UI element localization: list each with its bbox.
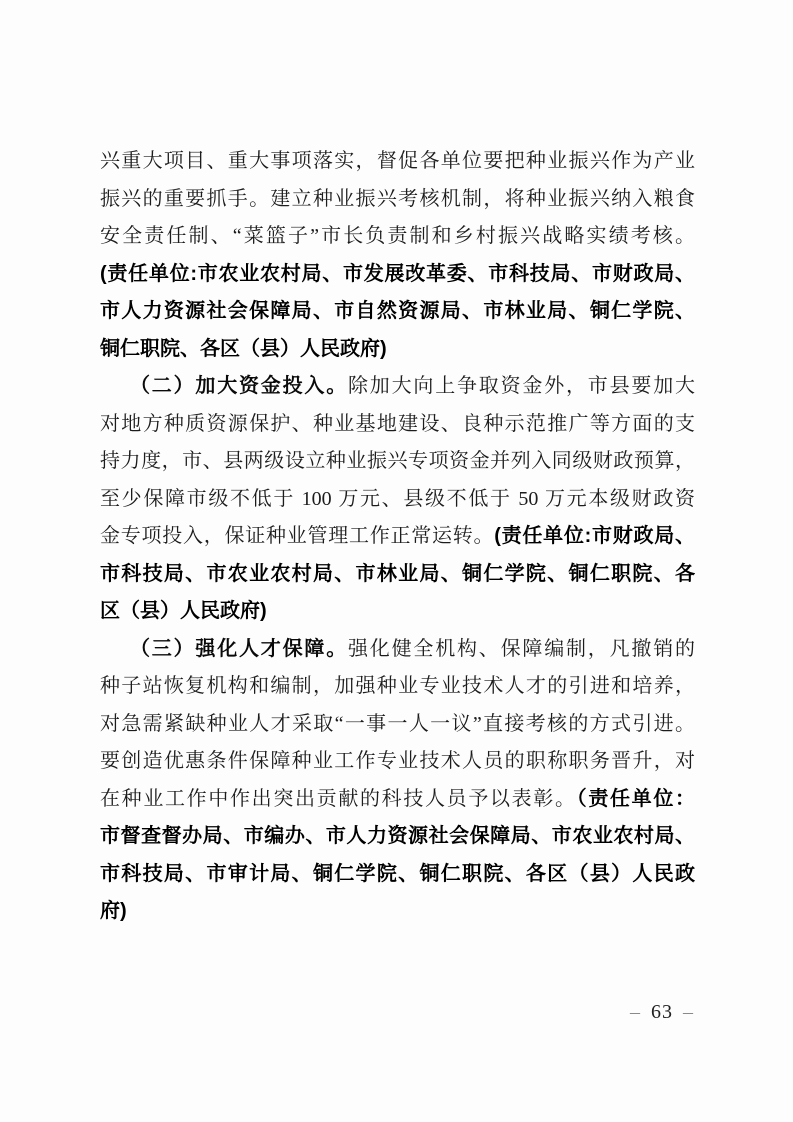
responsible-unit-text: 府) [100, 900, 127, 922]
responsible-unit-text: (责任单位:市农业农村局、市发展改革委、市科技局、市财政局、 [100, 263, 695, 285]
text-line: 对地方种质资源保护、种业基地建设、良种示范推广等方面的支 [100, 406, 695, 444]
responsible-unit-text: （责任单位： [577, 788, 695, 810]
text-line: 铜仁职院、各区（县）人民政府) [100, 331, 695, 369]
responsible-unit-text: 区（县）人民政府) [100, 600, 267, 622]
body-text: 种子站恢复机构和编制，加强种业专业技术人才的引进和培养， [100, 675, 695, 697]
responsible-unit-text: (责任单位:市财政局、 [494, 525, 695, 547]
text-line: 市科技局、市审计局、铜仁学院、铜仁职院、各区（县）人民政 [100, 856, 695, 894]
text-line: 对急需紧缺种业人才采取“一事一人一议”直接考核的方式引进。 [100, 706, 695, 744]
text-line: 府) [100, 893, 695, 931]
text-line: (责任单位:市农业农村局、市发展改革委、市科技局、市财政局、 [100, 256, 695, 294]
body-text: 在种业工作中作出突出贡献的科技人员予以表彰。 [100, 788, 577, 810]
body-text: 要创造优惠条件保障种业工作专业技术人员的职称职务晋升，对 [100, 750, 695, 772]
body-text: 持力度，市、县两级设立种业振兴专项资金并列入同级财政预算， [100, 450, 695, 472]
body-text: 对急需紧缺种业人才采取“一事一人一议”直接考核的方式引进。 [100, 713, 695, 735]
text-line: （三）强化人才保障。强化健全机构、保障编制，凡撤销的 [100, 631, 695, 669]
text-line: 区（县）人民政府) [100, 593, 695, 631]
body-text: 对地方种质资源保护、种业基地建设、良种示范推广等方面的支 [100, 413, 695, 435]
text-line: 市科技局、市农业农村局、市林业局、铜仁学院、铜仁职院、各 [100, 556, 695, 594]
text-line: 安全责任制、“菜篮子”市长负责制和乡村振兴战略实绩考核。 [100, 218, 695, 256]
text-line: 至少保障市级不低于 100 万元、县级不低于 50 万元本级财政资 [100, 481, 695, 519]
body-text: 除加大向上争取资金外，市县要加大 [348, 375, 695, 397]
body-text: 至少保障市级不低于 100 万元、县级不低于 50 万元本级财政资 [100, 488, 695, 510]
body-text: 安全责任制、“菜篮子”市长负责制和乡村振兴战略实绩考核。 [100, 225, 695, 247]
text-line: 市督查督办局、市编办、市人力资源社会保障局、市农业农村局、 [100, 818, 695, 856]
body-text: 强化健全机构、保障编制，凡撤销的 [348, 638, 695, 660]
responsible-unit-text: 铜仁职院、各区（县）人民政府) [100, 338, 387, 360]
text-line: 在种业工作中作出突出贡献的科技人员予以表彰。（责任单位： [100, 781, 695, 819]
text-line: 要创造优惠条件保障种业工作专业技术人员的职称职务晋升，对 [100, 743, 695, 781]
text-line: 振兴的重要抓手。建立种业振兴考核机制，将种业振兴纳入粮食 [100, 181, 695, 219]
text-line: 持力度，市、县两级设立种业振兴专项资金并列入同级财政预算， [100, 443, 695, 481]
responsible-unit-text: 市科技局、市农业农村局、市林业局、铜仁学院、铜仁职院、各 [100, 563, 695, 585]
responsible-unit-text: 市督查督办局、市编办、市人力资源社会保障局、市农业农村局、 [100, 825, 695, 847]
responsible-unit-text: 市人力资源社会保障局、市自然资源局、市林业局、铜仁学院、 [100, 300, 695, 322]
text-line: 兴重大项目、重大事项落实，督促各单位要把种业振兴作为产业 [100, 143, 695, 181]
document-body: 兴重大项目、重大事项落实，督促各单位要把种业振兴作为产业振兴的重要抓手。建立种业… [100, 143, 695, 931]
page-number-dash-right: – [683, 1001, 694, 1023]
page-footer: –63– [630, 1000, 694, 1024]
body-text: 金专项投入，保证种业管理工作正常运转。 [100, 525, 494, 547]
page-number-dash-left: – [630, 1001, 641, 1023]
text-line: 市人力资源社会保障局、市自然资源局、市林业局、铜仁学院、 [100, 293, 695, 331]
body-text: 振兴的重要抓手。建立种业振兴考核机制，将种业振兴纳入粮食 [100, 188, 695, 210]
text-line: 种子站恢复机构和编制，加强种业专业技术人才的引进和培养， [100, 668, 695, 706]
page-number: 63 [641, 1001, 683, 1023]
document-page: 兴重大项目、重大事项落实，督促各单位要把种业振兴作为产业振兴的重要抓手。建立种业… [0, 0, 793, 1122]
text-line: 金专项投入，保证种业管理工作正常运转。(责任单位:市财政局、 [100, 518, 695, 556]
responsible-unit-text: 市科技局、市审计局、铜仁学院、铜仁职院、各区（县）人民政 [100, 863, 695, 885]
section-heading-text: （三）强化人才保障。 [130, 638, 348, 660]
body-text: 兴重大项目、重大事项落实，督促各单位要把种业振兴作为产业 [100, 150, 695, 172]
text-line: （二）加大资金投入。除加大向上争取资金外，市县要加大 [100, 368, 695, 406]
section-heading-text: （二）加大资金投入。 [130, 375, 348, 397]
